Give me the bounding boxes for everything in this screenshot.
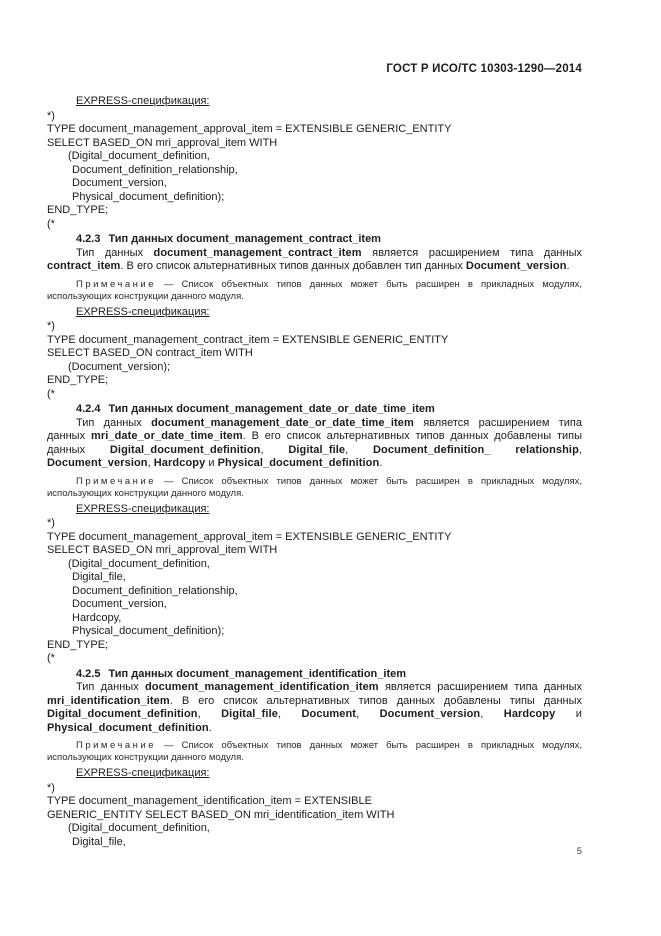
paragraph: Тип данных document_management_date_or_d… (47, 417, 582, 471)
code-line: (* (47, 388, 582, 402)
code-line: (Digital_document_definition, (47, 822, 582, 836)
bold-term: Physical_document_definition (218, 457, 380, 469)
code-line: *) (47, 320, 582, 334)
section-title: Тип данных document_management_contract_… (108, 233, 381, 245)
text-run: . В его список альтернативных типов данн… (120, 260, 465, 272)
code-line: (Digital_document_definition, (47, 150, 582, 164)
note: Примечание — Список объектных типов данн… (47, 740, 582, 764)
bold-term: contract_item (47, 260, 120, 272)
document-body: EXPRESS-спецификация:*)TYPE document_man… (47, 92, 582, 849)
bold-term: Digital_file (288, 444, 345, 456)
bold-term: Document (301, 708, 356, 720)
code-line: Document_definition_relationship, (47, 164, 582, 178)
section-heading: 4.2.4Тип данных document_management_date… (47, 403, 582, 417)
code-line: SELECT BASED_ON contract_item WITH (47, 347, 582, 361)
section-number: 4.2.4 (76, 403, 100, 415)
text-run: . (379, 457, 382, 469)
code-line: SELECT BASED_ON mri_approval_item WITH (47, 137, 582, 151)
text-run: Тип данных (76, 681, 145, 693)
bold-term: document_management_identification_item (145, 681, 379, 693)
code-line: Hardcopy, (47, 612, 582, 626)
bold-term: document_management_contract_item (154, 247, 362, 259)
text-run: , (260, 444, 288, 456)
note-label: Примечание (76, 476, 156, 487)
section-title: Тип данных document_management_identific… (108, 668, 406, 680)
text-run: , (480, 708, 504, 720)
code-line: TYPE document_management_approval_item =… (47, 123, 582, 137)
paragraph: Тип данных document_management_contract_… (47, 247, 582, 274)
running-header-standard-number: ГОСТ Р ИСО/ТС 10303-1290—2014 (47, 63, 582, 75)
section-number: 4.2.3 (76, 233, 100, 245)
section-heading: 4.2.5Тип данных document_management_iden… (47, 668, 582, 682)
code-line: Physical_document_definition); (47, 191, 582, 205)
code-line: (Digital_document_definition, (47, 558, 582, 572)
text-run: . (209, 722, 212, 734)
bold-term: Hardcopy (154, 457, 206, 469)
text-run: является расширением типа данных (362, 247, 582, 259)
code-line: GENERIC_ENTITY SELECT BASED_ON mri_ident… (47, 809, 582, 823)
text-run: . (567, 260, 570, 272)
note: Примечание — Список объектных типов данн… (47, 476, 582, 500)
bold-term: document_management_date_or_date_time_it… (151, 417, 414, 429)
code-line: END_TYPE; (47, 204, 582, 218)
code-line: SELECT BASED_ON mri_approval_item WITH (47, 544, 582, 558)
code-line: TYPE document_management_approval_item =… (47, 531, 582, 545)
bold-term: Document_version (47, 457, 148, 469)
express-spec-label: EXPRESS-спецификация: (76, 767, 209, 779)
note: Примечание — Список объектных типов данн… (47, 279, 582, 303)
bold-term: mri_identification_item (47, 695, 170, 707)
code-line: *) (47, 110, 582, 124)
bold-term: Digital_document_definition (47, 708, 198, 720)
text-run: , (356, 708, 380, 720)
text-run: является расширением типа данных (379, 681, 582, 693)
bold-term: Document_definition_ relationship (373, 444, 579, 456)
code-line: END_TYPE; (47, 374, 582, 388)
express-spec-label: EXPRESS-спецификация: (76, 503, 209, 515)
bold-term: Digital_file (221, 708, 278, 720)
paragraph: Тип данных document_management_identific… (47, 681, 582, 735)
note-label: Примечание (76, 740, 156, 751)
text-run: , (579, 444, 582, 456)
code-line: Document_version, (47, 177, 582, 191)
section-heading: 4.2.3Тип данных document_management_cont… (47, 233, 582, 247)
bold-term: Digital_document_definition (110, 444, 261, 456)
bold-term: Document_version (380, 708, 481, 720)
code-line: (* (47, 652, 582, 666)
code-line: TYPE document_management_contract_item =… (47, 334, 582, 348)
code-line: Document_definition_relationship, (47, 585, 582, 599)
page-number: 5 (47, 846, 582, 857)
document-page: ГОСТ Р ИСО/ТС 10303-1290—2014 EXPRESS-сп… (0, 0, 661, 936)
bold-term: Physical_document_definition (47, 722, 209, 734)
express-spec-row: EXPRESS-спецификация: (47, 767, 582, 781)
note-label: Примечание (76, 279, 156, 290)
bold-term: mri_date_or_date_time_item (91, 430, 243, 442)
code-line: Document_version, (47, 598, 582, 612)
text-run: , (198, 708, 222, 720)
code-line: Digital_file, (47, 571, 582, 585)
code-line: (* (47, 218, 582, 232)
code-line: (Document_version); (47, 361, 582, 375)
express-spec-label: EXPRESS-спецификация: (76, 306, 209, 318)
text-run: , (345, 444, 373, 456)
bold-term: Document_version (466, 260, 567, 272)
code-line: *) (47, 782, 582, 796)
express-spec-label: EXPRESS-спецификация: (76, 95, 209, 107)
section-number: 4.2.5 (76, 668, 100, 680)
code-line: *) (47, 517, 582, 531)
text-run: и (205, 457, 217, 469)
text-run: Тип данных (76, 417, 151, 429)
express-spec-row: EXPRESS-спецификация: (47, 503, 582, 517)
code-line: END_TYPE; (47, 639, 582, 653)
text-run: Тип данных (76, 247, 154, 259)
code-line: TYPE document_management_identification_… (47, 795, 582, 809)
bold-term: Hardcopy (504, 708, 556, 720)
text-run: и (555, 708, 582, 720)
express-spec-row: EXPRESS-спецификация: (47, 95, 582, 109)
text-run: . В его список альтернативных типов данн… (170, 695, 582, 707)
text-run: , (278, 708, 302, 720)
code-line: Physical_document_definition); (47, 625, 582, 639)
express-spec-row: EXPRESS-спецификация: (47, 306, 582, 320)
section-title: Тип данных document_management_date_or_d… (108, 403, 434, 415)
